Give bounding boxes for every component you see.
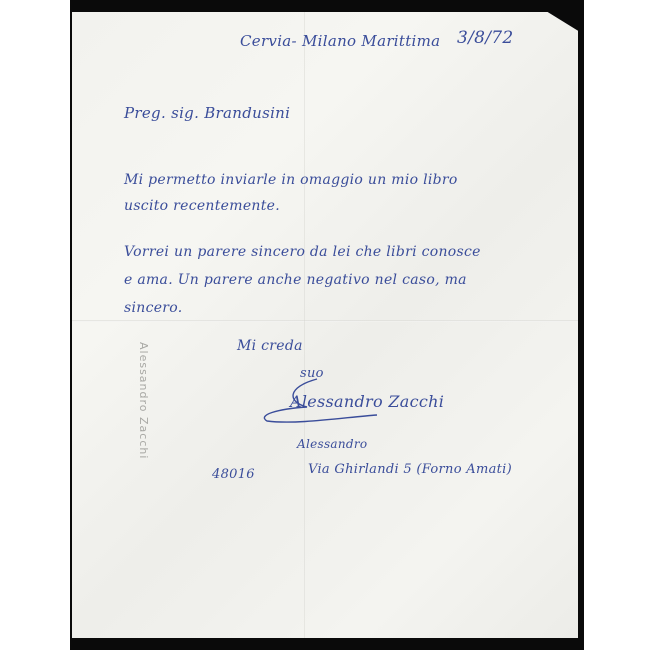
letter-signature: Alessandro Zacchi [290, 392, 444, 411]
letter-date: 3/8/72 [457, 28, 514, 48]
letter-salutation: Preg. sig. Brandusini [124, 104, 290, 122]
pencil-annotation: Alessandro Zacchi [137, 342, 150, 459]
sender-address: Via Ghirlandi 5 (Forno Amati) [308, 462, 512, 477]
body-line-4: e ama. Un parere anche negativo nel caso… [124, 272, 467, 288]
letter-closing: Mi creda [237, 338, 303, 354]
fold-line-horizontal [72, 320, 578, 322]
signature-first-name: Alessandro [297, 437, 367, 451]
postal-code: 48016 [212, 467, 255, 482]
body-line-1: Mi permetto inviarle in omaggio un mio l… [124, 172, 458, 188]
letter-paper: Cervia- Milano Marittima 3/8/72 Preg. si… [72, 12, 578, 638]
body-line-3: Vorrei un parere sincero da lei che libr… [124, 244, 481, 260]
body-line-2: uscito recentemente. [124, 198, 280, 214]
fold-line-vertical [304, 12, 305, 638]
letter-place: Cervia- Milano Marittima [240, 32, 440, 50]
body-line-5: sincero. [124, 300, 183, 316]
